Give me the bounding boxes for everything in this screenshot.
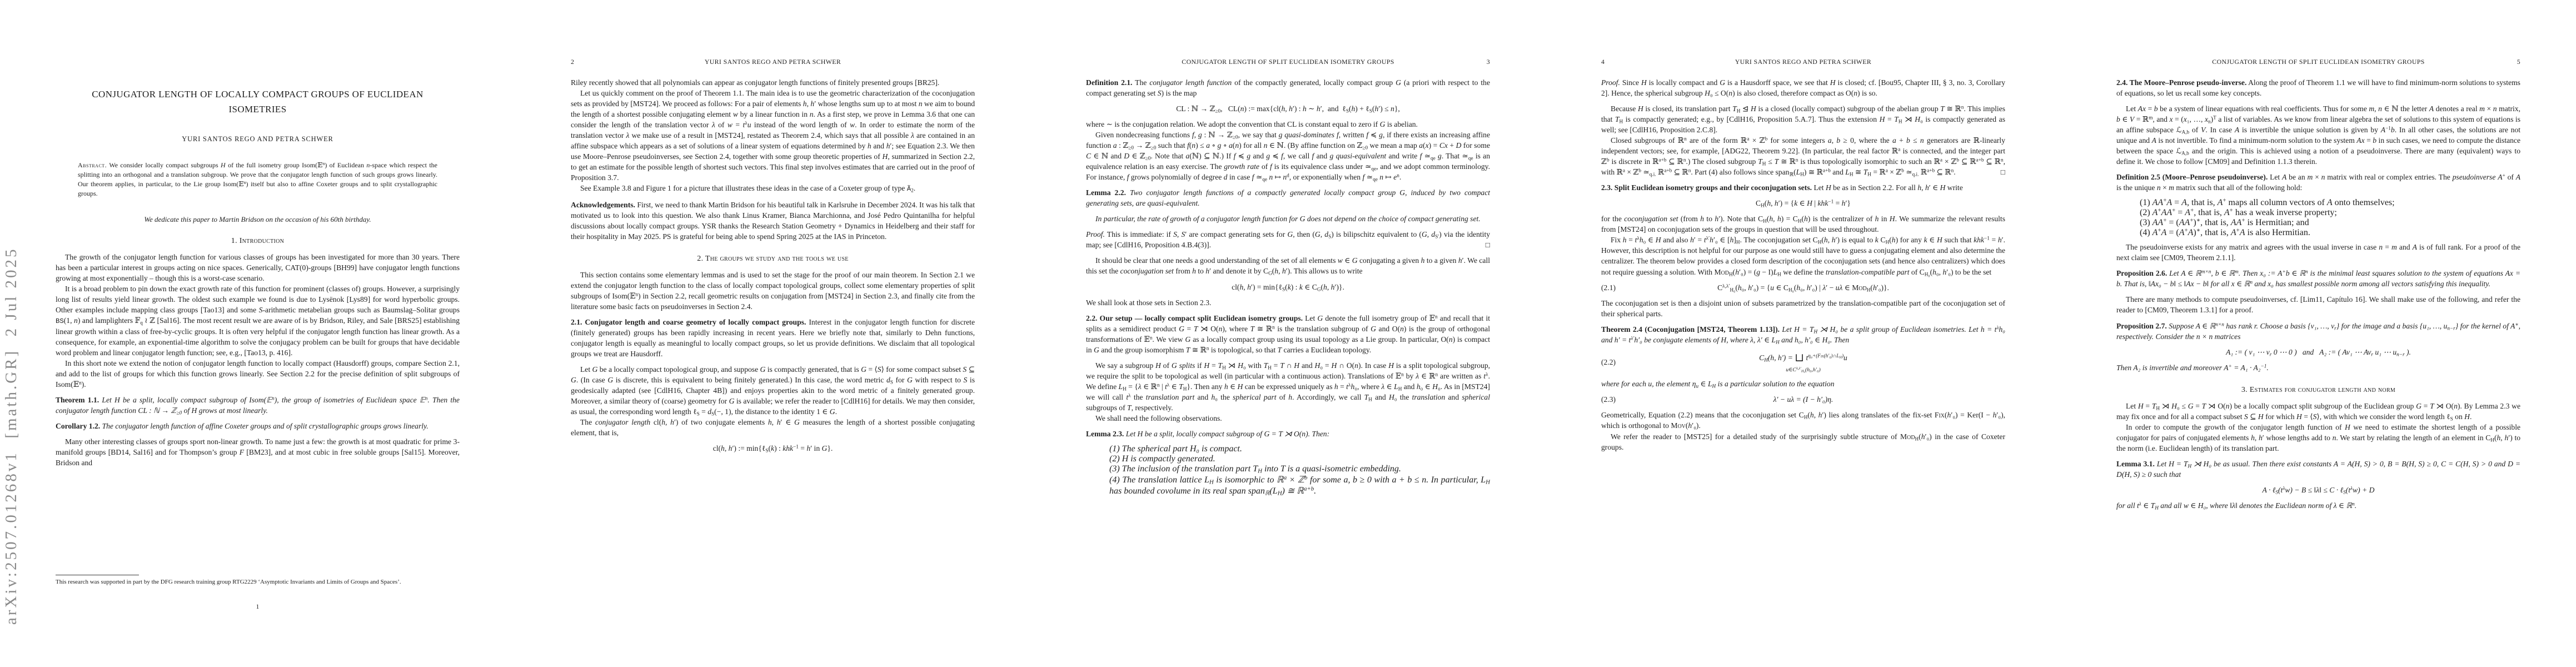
proposition-body-continued: Then A₂ is invertible and moreover A+ = … <box>2116 362 2520 373</box>
lemma-body: Two conjugator length functions of a com… <box>1086 188 1490 207</box>
footnote-rule <box>56 575 139 575</box>
qed-box: □ <box>1486 240 1490 250</box>
acknowledgements: Acknowledgements. First, we need to than… <box>571 200 975 242</box>
proof-paragraph: Because H is closed, its translation par… <box>1601 103 2005 135</box>
subsection-2-1: 2.1. Conjugator length and coarse geomet… <box>571 317 975 359</box>
theorem-label: Theorem 1.1. <box>56 396 99 404</box>
running-title: CONJUGATOR LENGTH OF SPLIT EUCLIDEAN ISO… <box>1117 58 1459 66</box>
paragraph: Let Ax = b be a system of linear equatio… <box>2116 103 2520 167</box>
paragraph: We refer the reader to [MST25] for a det… <box>1601 431 2005 452</box>
equation-2-1: (2.1) Cλ,λ′H₀(h₀, h′₀) = {u ∈ CH₀(h₀, h′… <box>1601 282 2005 293</box>
equation-number: (2.3) <box>1601 394 1632 405</box>
paragraph: It is a broad problem to pin down the ex… <box>56 283 460 358</box>
paragraph: We shall look at those sets in Section 2… <box>1086 297 1490 308</box>
display-formula-cl: cl(h, h′) := min{ℓS(k) : khk−1 = h′ in G… <box>571 443 975 454</box>
running-page-number: 5 <box>2489 58 2520 66</box>
paragraph: Given nondecreasing functions f, g : ℕ →… <box>1086 130 1490 182</box>
proof-label: Proof. <box>1601 78 1620 87</box>
lemma-2-2: Lemma 2.2. Two conjugator length functio… <box>1086 187 1490 208</box>
proposition-label: Proposition 2.6. <box>2116 269 2167 277</box>
page-5: CONJUGATOR LENGTH OF SPLIT EUCLIDEAN ISO… <box>2061 0 2576 667</box>
proof-body: This is immediate: if S, S′ are compact … <box>1086 230 1490 249</box>
subsection-2-3-text: Let H be as in Section 2.2. For all h, h… <box>1813 183 1962 192</box>
running-page-number: 3 <box>1459 58 1490 66</box>
running-head: 4 YURI SANTOS REGO AND PETRA SCHWER <box>1601 58 2005 66</box>
theorem-2-4: Theorem 2.4 (Coconjugation [MST24, Theor… <box>1601 324 2005 345</box>
proposition-body: Suppose A ∈ ℝn×n has rank r. Choose a ba… <box>2116 322 2520 341</box>
list-item: (2) A+AA+ = A+, that is, A+ has a weak i… <box>2140 208 2520 218</box>
proposition-2-6: Proposition 2.6. Let A ∈ ℝm×n, b ∈ ℝm. T… <box>2116 268 2520 289</box>
running-title: YURI SANTOS REGO AND PETRA SCHWER <box>1632 58 1974 66</box>
paragraph: Fix h = tλh₀ ∈ H and also h′ = tλ′h′₀ ∈ … <box>1601 235 2005 277</box>
subsection-2-3: 2.3. Split Euclidean isometry groups and… <box>1601 182 2005 193</box>
theorem-1-1: Theorem 1.1. Let H be a split, locally c… <box>56 395 460 416</box>
dedication: We dedicate this paper to Martin Bridson… <box>56 215 460 224</box>
theorem-body-continued: where for each u, the element ηu ∈ LH is… <box>1601 379 2005 389</box>
equation-body: CH(h, h′) = ⊔ tηu+(Fix(h′₀)∩LH)u u∈Cλ,λ′… <box>1632 350 1974 374</box>
page-number: 1 <box>0 603 515 611</box>
definition-2-5: Definition 2.5 (Moore–Penrose pseudoinve… <box>2116 172 2520 193</box>
paragraph: In order to compute the growth of the co… <box>2116 422 2520 454</box>
equation-body: λ′ − uλ = (I − h′₀)η. <box>1632 394 1974 405</box>
paragraph: This section contains some elementary le… <box>571 270 975 312</box>
theorem-label: Theorem 2.4 (Coconjugation [MST24, Theor… <box>1601 325 1780 333</box>
equation-number: (2.2) <box>1601 357 1632 367</box>
list-item: (1) The spherical part H₀ is compact. <box>1109 444 1490 454</box>
definition-2-1: Definition 2.1. The conjugator length fu… <box>1086 77 1490 98</box>
paragraph: We say a subgroup H of G splits if H = T… <box>1086 360 1490 413</box>
equation-2-3: (2.3) λ′ − uλ = (I − h′₀)η. <box>1601 394 2005 405</box>
definition-2-5-items: (1) AA+A = A, that is, A+ maps all colum… <box>2140 198 2520 238</box>
paragraph: It should be clear that one needs a good… <box>1086 255 1490 276</box>
paper-sheet: arXiv:2507.01268v1 [math.GR] 2 Jul 2025 … <box>0 0 2576 667</box>
paper-title: CONJUGATOR LENGTH OF LOCALLY COMPACT GRO… <box>80 87 436 117</box>
proposition-body: Let A ∈ ℝm×n, b ∈ ℝm. Then x₀ := A+b ∈ ℝ… <box>2116 269 2520 288</box>
paragraph: There are many methods to compute pseudo… <box>2116 294 2520 315</box>
list-item: (4) A+A = (A+A)∗, that is, A+A is also H… <box>2140 228 2520 238</box>
display-formula-cl2: cl(h, h′) = min{ℓS(k) : k ∈ CG(h, h′)}. <box>1086 282 1490 292</box>
definition-body: The conjugator length function of the co… <box>1086 78 1490 97</box>
subsection-2-2: 2.2. Our setup — locally compact split E… <box>1086 313 1490 355</box>
lemma-2-3-items: (1) The spherical part H₀ is compact. (2… <box>1109 444 1490 496</box>
page-3: CONJUGATOR LENGTH OF SPLIT EUCLIDEAN ISO… <box>1030 0 1546 667</box>
lemma-body: Let H = TH ⋊ H₀ be as usual. Then there … <box>2116 460 2520 479</box>
display-formula-norm-bound: A · ℓS(tλw) − B ≤ ‖λ‖ ≤ C · ℓS(tλw) + D <box>2116 485 2520 495</box>
lemma-body: Let H be a split, locally compact subgro… <box>1126 430 1329 438</box>
proof-body: Since H is locally compact and G is a Ha… <box>1601 78 2005 97</box>
paragraph: Many other interesting classes of groups… <box>56 436 460 468</box>
running-head: CONJUGATOR LENGTH OF SPLIT EUCLIDEAN ISO… <box>2116 58 2520 66</box>
section-2-heading: 2. The groups we study and the tools we … <box>571 255 975 263</box>
corollary-body: The conjugator length function of affine… <box>102 422 428 430</box>
equation-main: CH(h, h′) = ⊔ tηu+(Fix(h′₀)∩LH)u <box>1632 350 1974 366</box>
theorem-body: Let H be a split, locally compact subgro… <box>56 396 460 415</box>
acknowledgements-label: Acknowledgements. <box>571 201 635 209</box>
display-formula-CH: CH(h, h′) = {k ∈ H | khk−1 = h′} <box>1601 198 2005 208</box>
proof-paragraph: Closed subgroups of ℝn are of the form ℝ… <box>1601 135 2005 177</box>
paragraph: We shall need the following observations… <box>1086 413 1490 424</box>
lemma-label: Lemma 2.2. <box>1086 188 1126 197</box>
lemma-label: Lemma 3.1. <box>2116 460 2155 468</box>
running-title: CONJUGATOR LENGTH OF SPLIT EUCLIDEAN ISO… <box>2148 58 2489 66</box>
paragraph: In this short note we extend the notion … <box>56 358 460 390</box>
paragraph: The conjugator length cl(h, h′) of two c… <box>571 417 975 438</box>
paragraph: where ∼ is the conjugation relation. We … <box>1086 119 1490 130</box>
list-item: (1) AA+A = A, that is, A+ maps all colum… <box>2140 198 2520 208</box>
paragraph: Riley recently showed that all polynomia… <box>571 77 975 88</box>
subsection-2-3-label: 2.3. Split Euclidean isometry groups and… <box>1601 183 1812 192</box>
running-head: CONJUGATOR LENGTH OF SPLIT EUCLIDEAN ISO… <box>1086 58 1490 66</box>
arxiv-watermark: arXiv:2507.01268v1 [math.GR] 2 Jul 2025 <box>2 247 21 625</box>
equation-number: (2.1) <box>1601 282 1632 293</box>
running-head: 2 YURI SANTOS REGO AND PETRA SCHWER <box>571 58 975 66</box>
list-item: (3) The inclusion of the translation par… <box>1109 464 1490 474</box>
display-formula-CL: CL : ℕ → ℤ≥0, CL(n) := max{cl(h, h′) : h… <box>1086 103 1490 114</box>
subsection-2-4-label: 2.4. The Moore–Penrose pseudo-inverse. <box>2116 78 2246 87</box>
paragraph: Geometrically, Equation (2.2) means that… <box>1601 410 2005 431</box>
lemma-3-1: Lemma 3.1. Let H = TH ⋊ H₀ be as usual. … <box>2116 459 2520 480</box>
equation-body: Cλ,λ′H₀(h₀, h′₀) = {u ∈ CH₀(h₀, h′₀) | λ… <box>1632 282 1974 293</box>
paragraph: The pseudoinverse exists for any matrix … <box>2116 242 2520 263</box>
page-1: arXiv:2507.01268v1 [math.GR] 2 Jul 2025 … <box>0 0 515 667</box>
lemma-label: Lemma 2.3. <box>1086 430 1124 438</box>
footnote-text: This research was supported in part by t… <box>56 578 460 586</box>
subsection-2-4: 2.4. The Moore–Penrose pseudo-inverse. A… <box>2116 77 2520 98</box>
definition-label: Definition 2.1. <box>1086 78 1132 87</box>
footnote: This research was supported in part by t… <box>56 575 460 586</box>
corollary-label: Corollary 1.2. <box>56 422 100 430</box>
lemma-body-continued: In particular, the rate of growth of a c… <box>1086 213 1490 224</box>
subsection-2-1-label: 2.1. Conjugator length and coarse geomet… <box>571 318 806 326</box>
subsection-2-2-label: 2.2. Our setup — locally compact split E… <box>1086 314 1303 322</box>
abstract: Abstract. We consider locally compact su… <box>78 161 437 198</box>
paragraph: The coconjugation set is then a disjoint… <box>1601 298 2005 319</box>
display-formula-matrices: A₁ := ( v₁ ⋯ vr 0 ⋯ 0 ) and A₂ := ( Av₁ … <box>2116 347 2520 357</box>
paragraph: Let us quickly comment on the proof of T… <box>571 88 975 183</box>
equation-2-2: (2.2) CH(h, h′) = ⊔ tηu+(Fix(h′₀)∩LH)u u… <box>1601 350 2005 374</box>
proposition-label: Proposition 2.7. <box>2116 322 2167 330</box>
proof-2-3: Proof. Since H is locally compact and G … <box>1601 77 2005 98</box>
lemma-body-continued: for all tλ ∈ TH and all w ∈ H₀, where ‖λ… <box>2116 500 2520 511</box>
paragraph: See Example 3.8 and Figure 1 for a pictu… <box>571 183 975 194</box>
section-1-heading: 1. Introduction <box>56 237 460 246</box>
list-item: (3) AA+ = (AA+)∗, that is, AA+ is Hermit… <box>2140 218 2520 228</box>
page-2: 2 YURI SANTOS REGO AND PETRA SCHWER Rile… <box>515 0 1030 667</box>
running-page-number: 4 <box>1601 58 1632 66</box>
proposition-2-7: Proposition 2.7. Suppose A ∈ ℝn×n has ra… <box>2116 321 2520 342</box>
paragraph: The growth of the conjugator length func… <box>56 252 460 283</box>
proof-body: Closed subgroups of ℝn are of the form ℝ… <box>1601 136 2005 176</box>
equation-subscript: u∈Cλ,λ′H₀(h₀,h′₀) <box>1632 366 1974 374</box>
paper-authors: YURI SANTOS REGO AND PETRA SCHWER <box>56 135 460 143</box>
running-page-number: 2 <box>571 58 602 66</box>
paragraph: Let H = TH ⋊ H₀ ≤ G = T ⋊ O(n) be a loca… <box>2116 401 2520 422</box>
paragraph: Let G be a locally compact topological g… <box>571 364 975 417</box>
abstract-label: Abstract. <box>78 161 107 169</box>
running-title: YURI SANTOS REGO AND PETRA SCHWER <box>602 58 944 66</box>
lemma-2-3: Lemma 2.3. Let H be a split, locally com… <box>1086 429 1490 439</box>
proof-label: Proof. <box>1086 230 1105 238</box>
definition-label: Definition 2.5 (Moore–Penrose pseudoinve… <box>2116 173 2268 181</box>
qed-box: □ <box>1991 167 2005 177</box>
abstract-text: We consider locally compact subgroups H … <box>78 161 437 197</box>
proof-2-2: Proof. This is immediate: if S, S′ are c… <box>1086 229 1490 250</box>
list-item: (4) The translation lattice LH is isomor… <box>1109 474 1490 496</box>
corollary-1-2: Corollary 1.2. The conjugator length fun… <box>56 421 460 431</box>
page-4: 4 YURI SANTOS REGO AND PETRA SCHWER Proo… <box>1546 0 2061 667</box>
paragraph: for the coconjugation set (from h to h′)… <box>1601 213 2005 235</box>
section-3-heading: 3. Estimates for conjugator length and n… <box>2116 386 2520 395</box>
list-item: (2) H is compactly generated. <box>1109 454 1490 464</box>
